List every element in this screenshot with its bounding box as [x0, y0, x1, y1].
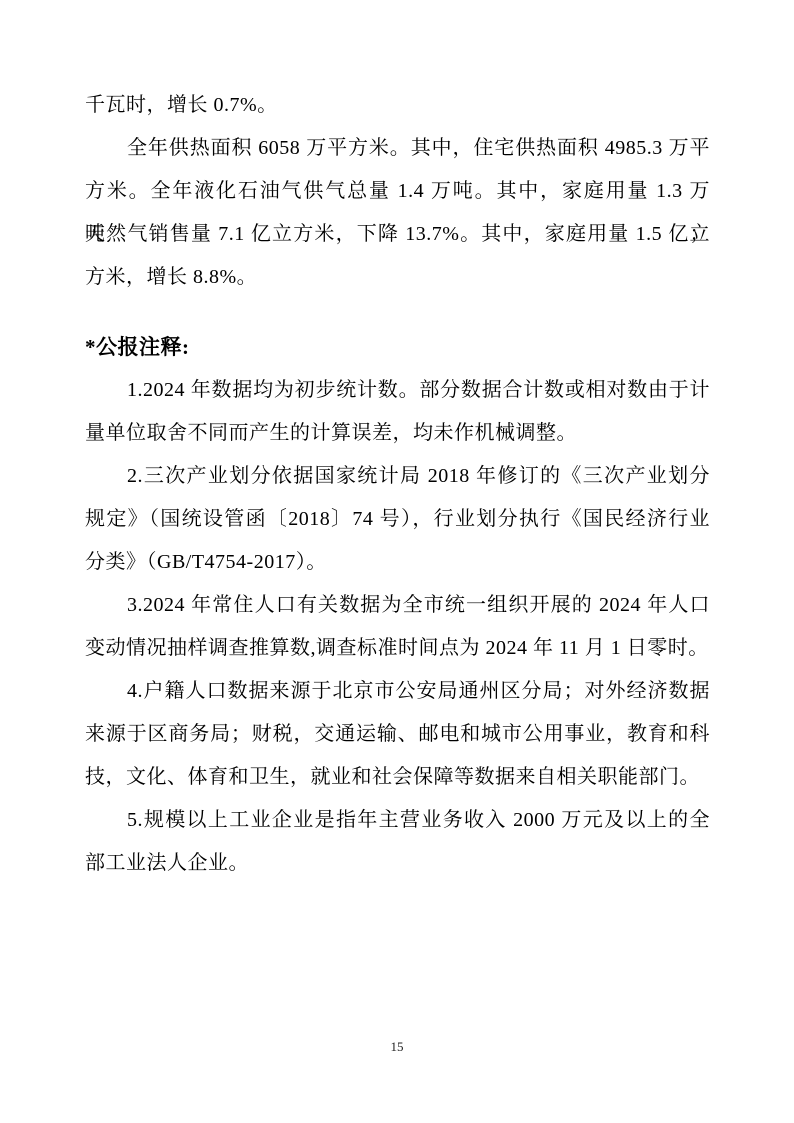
- note-line: 分类》（GB/T4754-2017）。: [85, 541, 710, 584]
- page-footer: 15: [0, 1038, 794, 1056]
- note-line: 规定》（国统设管函〔2018〕74 号），行业划分执行《国民经济行业: [85, 498, 710, 541]
- note-line: 1.2024 年数据均为初步统计数。部分数据合计数或相对数由于计: [85, 369, 710, 412]
- body-line: 方米，增长 8.8%。: [85, 256, 710, 299]
- note-line: 部工业法人企业。: [85, 842, 710, 885]
- note-line: 2.三次产业划分依据国家统计局 2018 年修订的《三次产业划分: [85, 455, 710, 498]
- document-page: 千瓦时，增长 0.7%。 全年供热面积 6058 万平方米。其中，住宅供热面积 …: [0, 0, 794, 1123]
- note-line: 技，文化、体育和卫生，就业和社会保障等数据来自相关职能部门。: [85, 756, 710, 799]
- note-line: 量单位取舍不同而产生的计算误差，均未作机械调整。: [85, 412, 710, 455]
- page-number: 15: [391, 1039, 404, 1054]
- document-content: 千瓦时，增长 0.7%。 全年供热面积 6058 万平方米。其中，住宅供热面积 …: [85, 84, 710, 885]
- notes-heading: *公报注释:: [85, 326, 710, 369]
- body-line: 全年供热面积 6058 万平方米。其中，住宅供热面积 4985.3 万平: [85, 127, 710, 170]
- body-line: 方米。全年液化石油气供气总量 1.4 万吨。其中，家庭用量 1.3 万吨；: [85, 170, 710, 213]
- body-line: 千瓦时，增长 0.7%。: [85, 84, 710, 127]
- note-line: 4.户籍人口数据来源于北京市公安局通州区分局；对外经济数据: [85, 670, 710, 713]
- note-line: 5.规模以上工业企业是指年主营业务收入 2000 万元及以上的全: [85, 799, 710, 842]
- note-line: 来源于区商务局；财税，交通运输、邮电和城市公用事业，教育和科: [85, 713, 710, 756]
- note-line: 3.2024 年常住人口有关数据为全市统一组织开展的 2024 年人口: [85, 584, 710, 627]
- note-line: 变动情况抽样调查推算数,调查标准时间点为 2024 年 11 月 1 日零时。: [85, 627, 710, 670]
- body-line: 天然气销售量 7.1 亿立方米，下降 13.7%。其中，家庭用量 1.5 亿立: [85, 213, 710, 256]
